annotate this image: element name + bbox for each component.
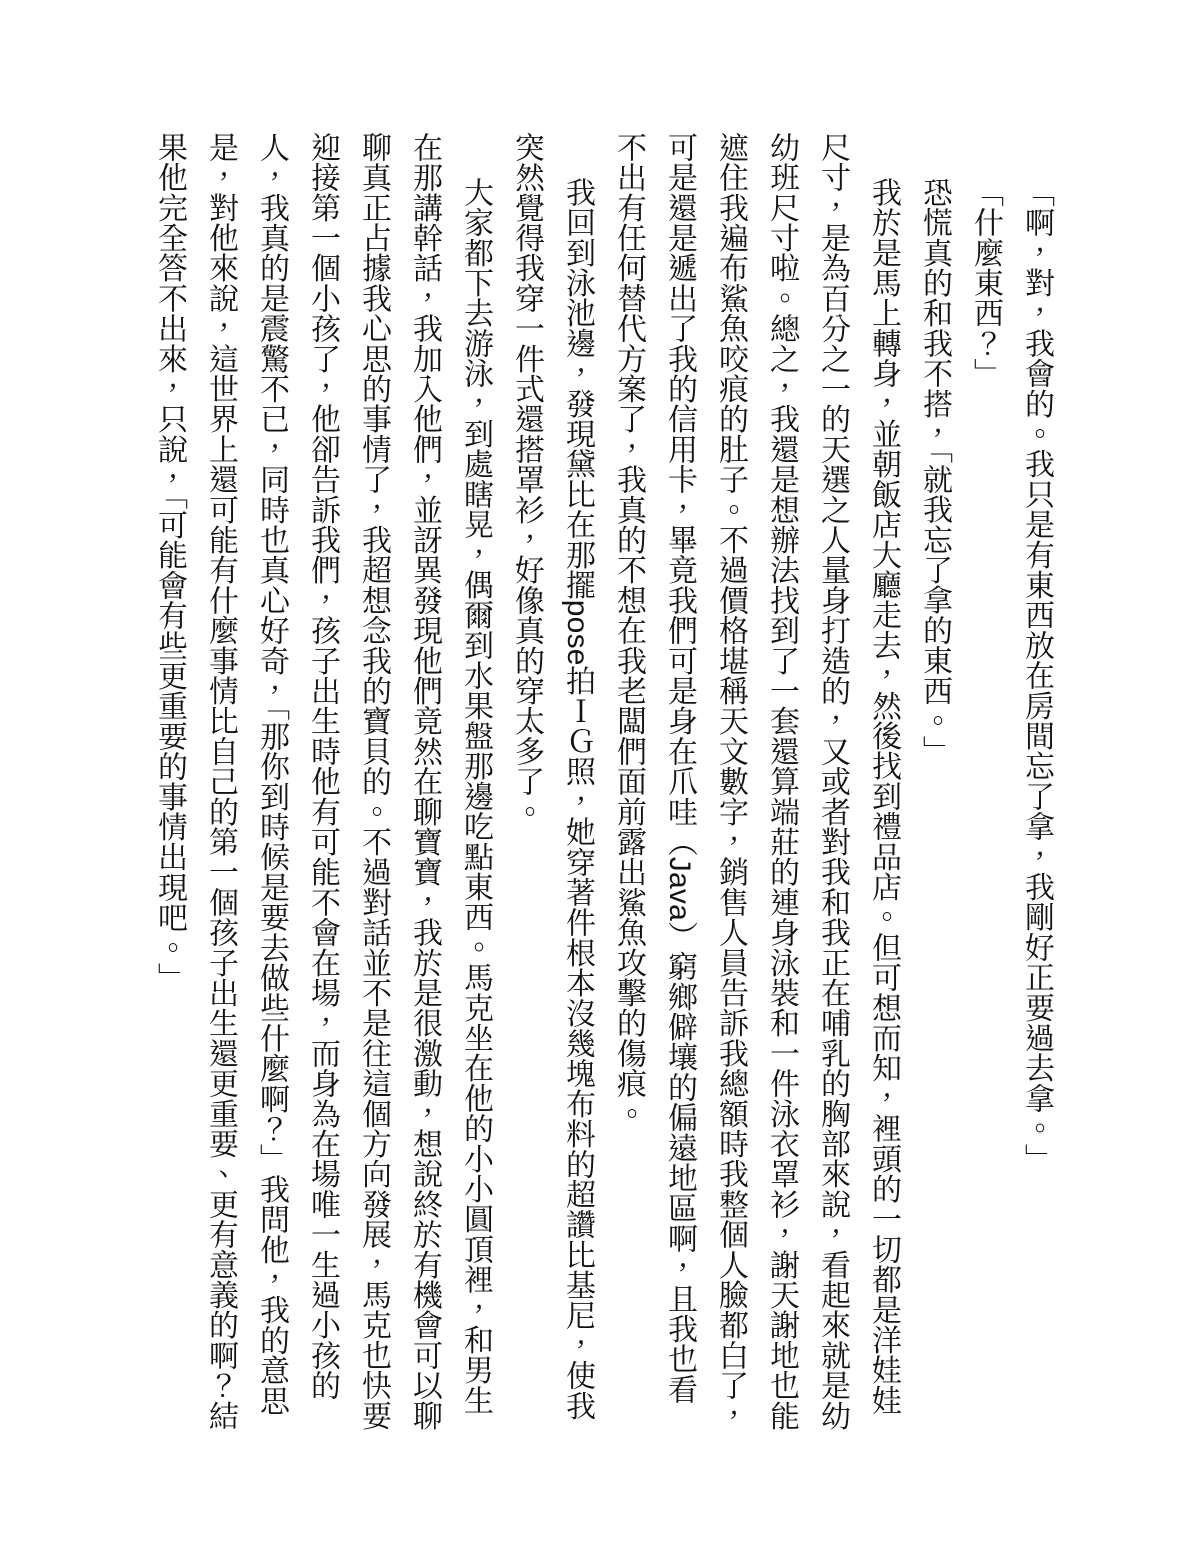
paragraph-narrative-2: 我於是馬上轉身，並朝飯店大廳走去，然後找到禮品店。但可想而知，裡頭的一切都是洋娃…: [603, 132, 909, 1432]
book-page: 「啊，對，我會的。我只是有東西放在房間忘了拿，我剛好正要過去拿。」 「什麼東西？…: [0, 0, 1200, 1553]
paragraph-dialogue-2: 「什麼東西？」: [960, 132, 1011, 1432]
paragraph-narrative-3: 我回到泳池邊，發現黛比在那擺pose拍ＩＧ照，她穿著件根本沒幾塊布料的超讚比基尼…: [501, 132, 603, 1432]
paragraph-narrative-1: 恐慌真的和我不搭，「就我忘了拿的東西。」: [909, 132, 960, 1432]
paragraph-narrative-4: 大家都下去游泳，到處瞎晃，偶爾到水果盤那邊吃點東西。馬克坐在他的小小圓頂裡，和男…: [144, 132, 501, 1432]
paragraph-dialogue-1: 「啊，對，我會的。我只是有東西放在房間忘了拿，我剛好正要過去拿。」: [1011, 132, 1062, 1432]
page-text-block: 「啊，對，我會的。我只是有東西放在房間忘了拿，我剛好正要過去拿。」 「什麼東西？…: [144, 132, 1062, 1432]
